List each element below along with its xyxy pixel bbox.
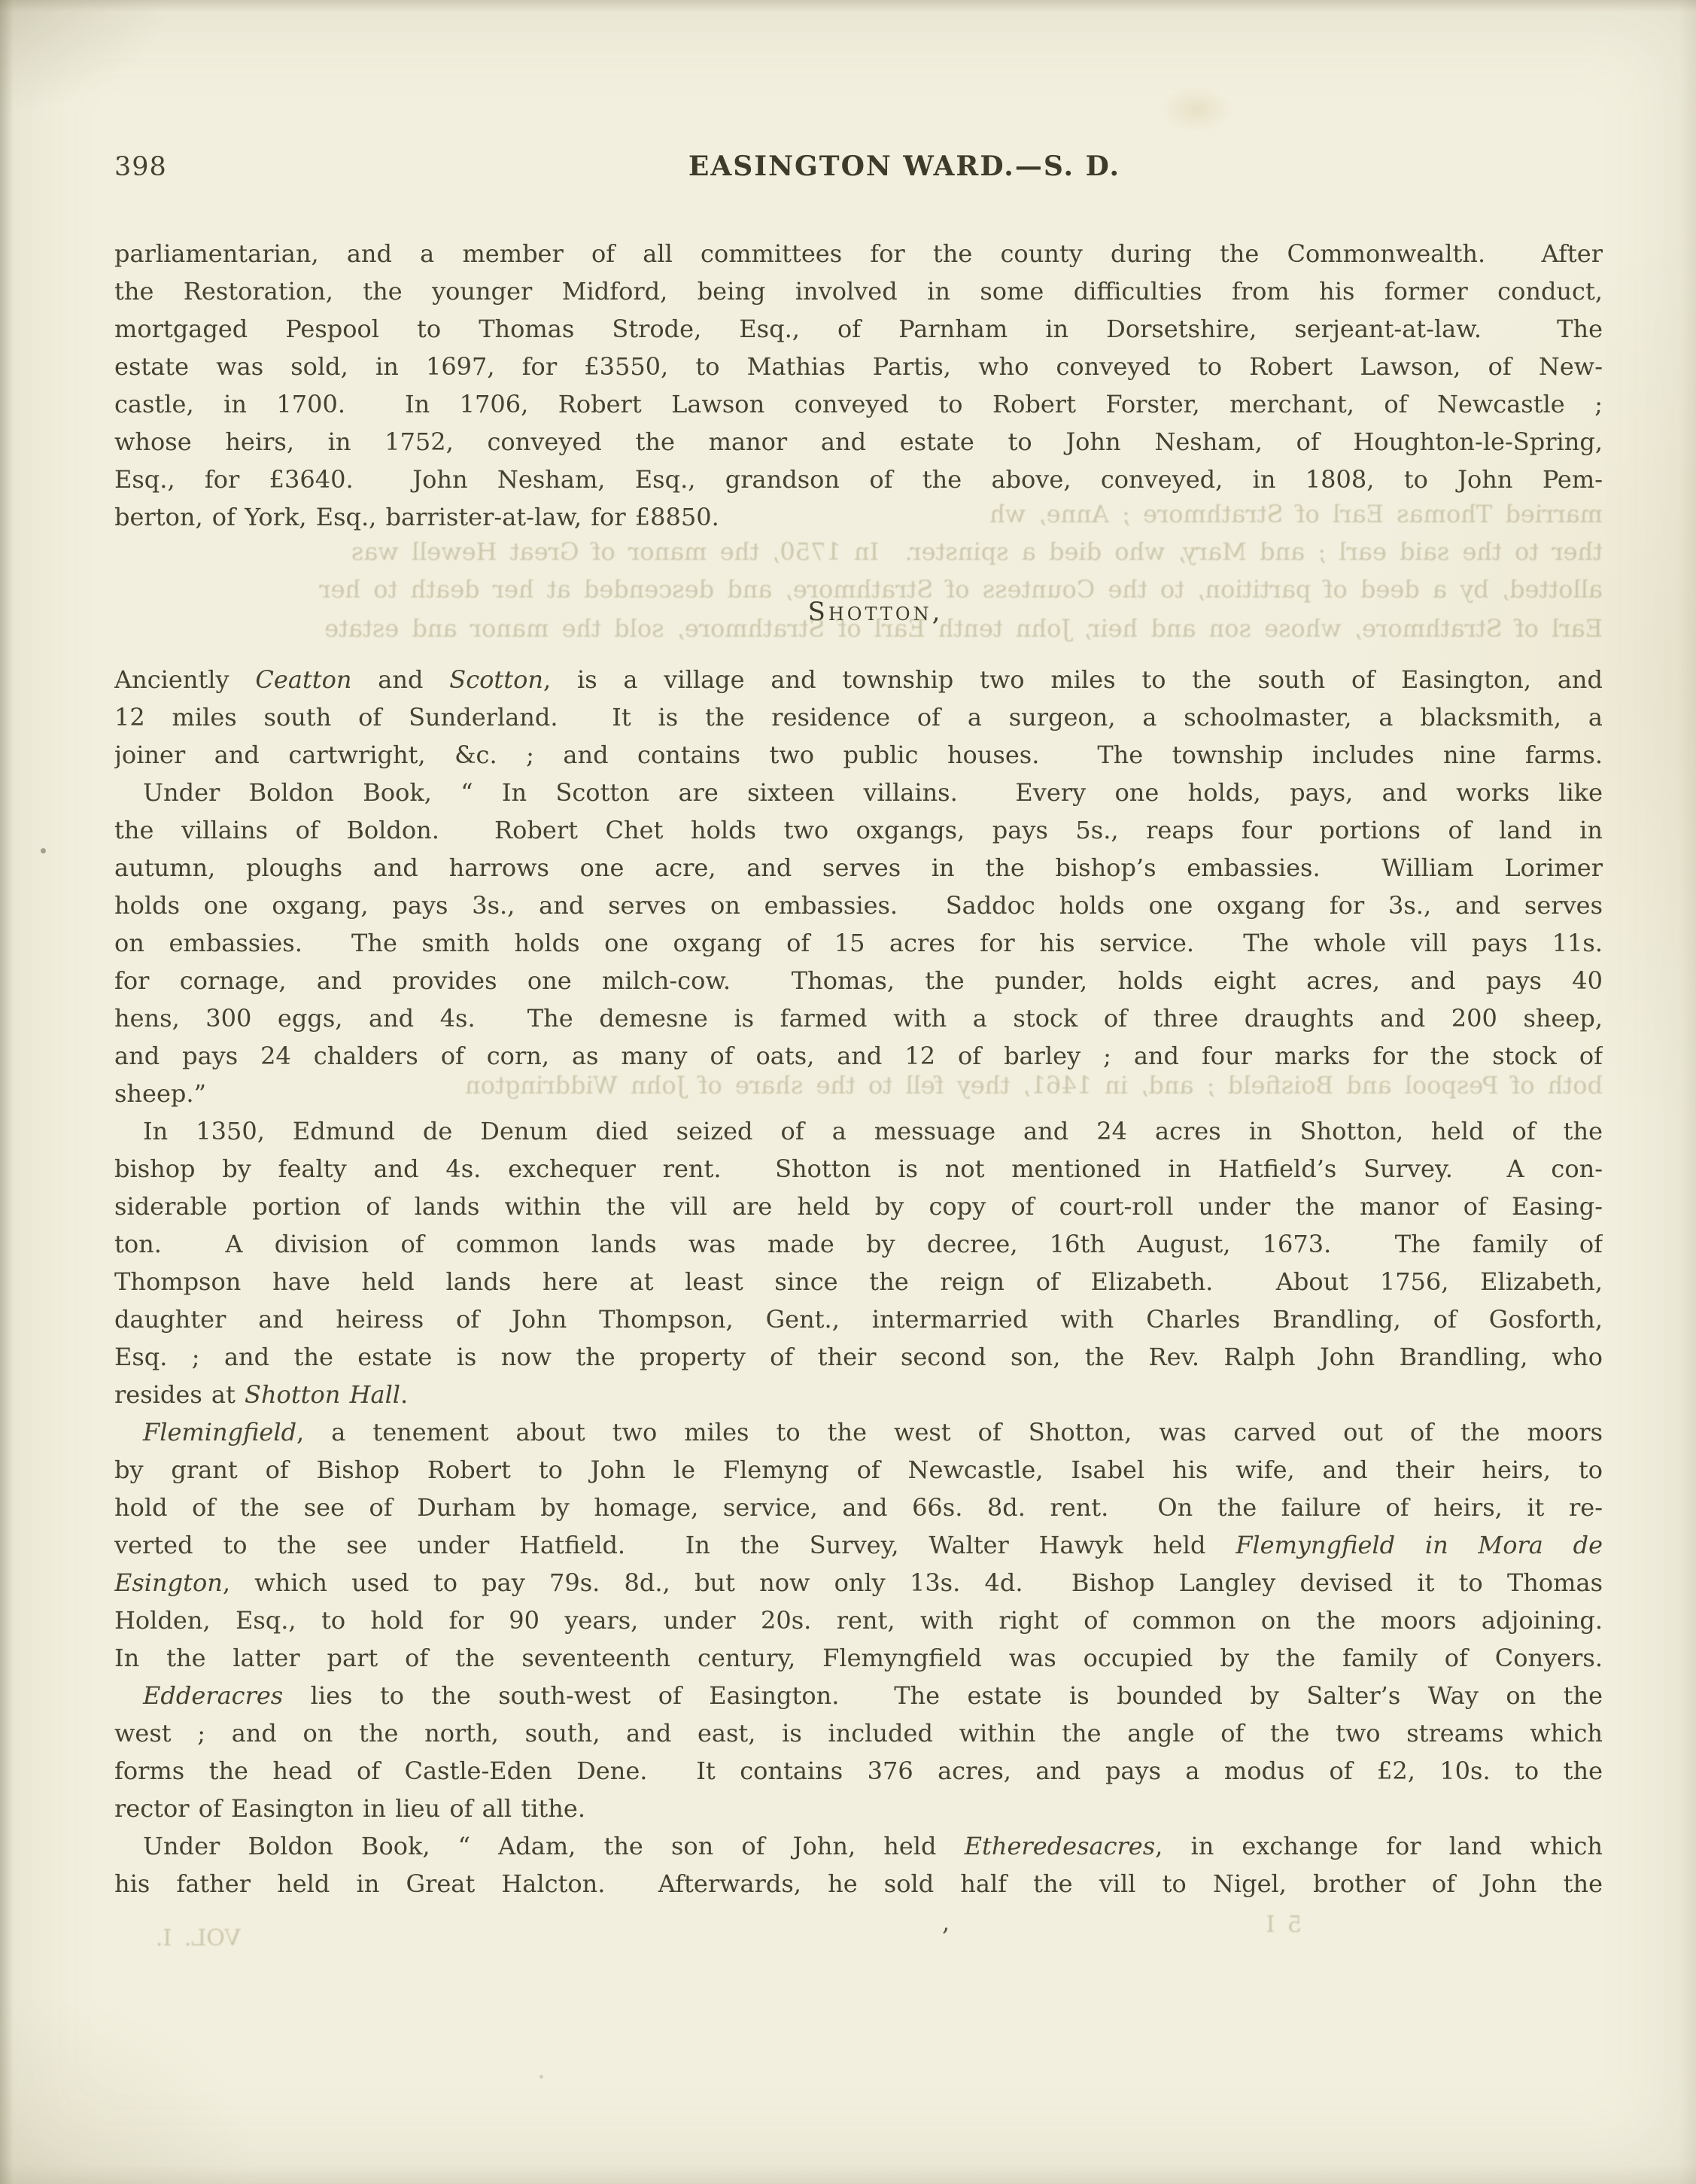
italic-text-run: Esington [114,1568,223,1597]
text-line: for cornage, and provides one milch-cow.… [114,962,1603,999]
paragraph: Edderacres lies to the south-west of Eas… [114,1677,1603,1827]
text-run: , a tenement about two miles to the west… [296,1418,1603,1446]
text-run: 12 miles south of Sunderland. It is the … [114,703,1603,732]
body-text: parliamentarian, and a member of all com… [114,235,1603,1903]
text-line: hold of the see of Durham by homage, ser… [114,1489,1603,1526]
text-run: Esq., for £3640. John Nesham, Esq., gran… [114,465,1603,494]
text-run: sheep.” [114,1079,206,1108]
text-run: Under Boldon Book, “ Adam, the son of Jo… [143,1832,965,1860]
italic-text-run: Shotton Hall [245,1380,400,1409]
text-line: estate was sold, in 1697, for £3550, to … [114,348,1603,385]
text-run: In 1350, Edmund de Denum died seized of … [143,1117,1603,1145]
text-run: resides at [114,1380,245,1409]
text-run: the villains of Boldon. Robert Chet hold… [114,816,1603,844]
text-line: castle, in 1700. In 1706, Robert Lawson … [114,385,1603,423]
text-line: his father held in Great Halcton. Afterw… [114,1865,1603,1903]
text-run: Anciently [114,665,255,694]
paragraph: Flemingfield, a tenement about two miles… [114,1413,1603,1677]
text-run: verted to the see under Hatfield. In the… [114,1531,1236,1559]
text-run: whose heirs, in 1752, conveyed the manor… [114,427,1603,456]
paragraph: Under Boldon Book, “ Adam, the son of Jo… [114,1827,1603,1903]
text-line: bishop by fealty and 4s. exchequer rent.… [114,1150,1603,1188]
text-run: by grant of Bishop Robert to John le Fle… [114,1455,1603,1484]
text-line: holds one oxgang, pays 3s., and serves o… [114,887,1603,924]
paragraph: Under Boldon Book, “ In Scotton are sixt… [114,774,1603,1112]
text-run: lies to the south-west of Easington. The… [283,1681,1603,1710]
text-run: berton, of York, Esq., barrister-at-law,… [114,503,719,531]
text-run: mortgaged Pespool to Thomas Strode, Esq.… [114,315,1603,343]
text-run: estate was sold, in 1697, for £3550, to … [114,352,1603,381]
text-line: siderable portion of lands within the vi… [114,1188,1603,1225]
text-line: daughter and heiress of John Thompson, G… [114,1300,1603,1338]
italic-text-run: Flemyngfield in Mora de [1236,1531,1603,1559]
text-run: , which used to pay 79s. 8d., but now on… [223,1568,1603,1597]
italic-text-run: Edderacres [143,1681,283,1710]
stray-ink-mark: , [942,1910,950,1934]
text-run: rector of Easington in lieu of all tithe… [114,1794,585,1823]
text-run: castle, in 1700. In 1706, Robert Lawson … [114,390,1603,418]
text-line: Esington, which used to pay 79s. 8d., bu… [114,1564,1603,1601]
text-line: Flemingfield, a tenement about two miles… [114,1413,1603,1451]
italic-text-run: Flemingfield [143,1418,296,1446]
italic-text-run: Scotton [449,665,543,694]
text-run: , is a village and township two miles to… [543,665,1603,694]
text-run: hens, 300 eggs, and 4s. The demesne is f… [114,1004,1603,1033]
text-line: the villains of Boldon. Robert Chet hold… [114,811,1603,849]
section-heading: Shotton, [114,593,1603,631]
text-line: verted to the see under Hatfield. In the… [114,1526,1603,1564]
text-line: forms the head of Castle-Eden Dene. It c… [114,1752,1603,1790]
text-run: siderable portion of lands within the vi… [114,1192,1603,1221]
text-line: Anciently Ceatton and Scotton, is a vill… [114,661,1603,698]
text-run: and pays 24 chalders of corn, as many of… [114,1042,1603,1070]
text-line: ton. A division of common lands was made… [114,1225,1603,1263]
text-line: Under Boldon Book, “ In Scotton are sixt… [114,774,1603,811]
text-line: by grant of Bishop Robert to John le Fle… [114,1451,1603,1489]
text-run: hold of the see of Durham by homage, ser… [114,1493,1603,1522]
text-line: the Restoration, the younger Midford, be… [114,272,1603,310]
text-run: for cornage, and provides one milch-cow.… [114,966,1603,995]
text-run: In the latter part of the seventeenth ce… [114,1644,1603,1672]
text-line: berton, of York, Esq., barrister-at-law,… [114,498,1603,536]
text-run: Esq. ; and the estate is now the propert… [114,1343,1603,1371]
text-line: on embassies. The smith holds one oxgang… [114,924,1603,962]
text-run: autumn, ploughs and harrows one acre, an… [114,853,1603,882]
text-line: Edderacres lies to the south-west of Eas… [114,1677,1603,1714]
text-run: . [400,1380,408,1409]
text-line: sheep.” [114,1075,1603,1112]
italic-text-run: Ceatton [255,665,351,694]
text-line: Esq., for £3640. John Nesham, Esq., gran… [114,461,1603,498]
bleed-through-text: VOL. I. [128,1924,241,1954]
text-line: rector of Easington in lieu of all tithe… [114,1790,1603,1827]
text-run: Under Boldon Book, “ In Scotton are sixt… [143,778,1603,807]
text-run: , in exchange for land which [1155,1832,1603,1860]
paragraph: Anciently Ceatton and Scotton, is a vill… [114,661,1603,774]
text-line: west ; and on the north, south, and east… [114,1714,1603,1752]
text-line: Holden, Esq., to hold for 90 years, unde… [114,1601,1603,1639]
italic-text-run: Etheredesacres [965,1832,1156,1860]
paragraph: In 1350, Edmund de Denum died seized of … [114,1112,1603,1413]
text-line: resides at Shotton Hall. [114,1376,1603,1413]
text-run: his father held in Great Halcton. Afterw… [114,1869,1603,1898]
text-line: In 1350, Edmund de Denum died seized of … [114,1112,1603,1150]
text-run: on embassies. The smith holds one oxgang… [114,929,1603,957]
text-line: Under Boldon Book, “ Adam, the son of Jo… [114,1827,1603,1865]
text-line: Thompson have held lands here at least s… [114,1263,1603,1300]
text-line: parliamentarian, and a member of all com… [114,235,1603,272]
text-line: whose heirs, in 1752, conveyed the manor… [114,423,1603,461]
text-run: and [352,665,450,694]
bleed-through-text: 5 I [1219,1910,1302,1940]
text-run: the Restoration, the younger Midford, be… [114,277,1603,306]
paper-speck [41,848,46,853]
text-line: Esq. ; and the estate is now the propert… [114,1338,1603,1376]
text-run: west ; and on the north, south, and east… [114,1719,1603,1748]
paragraph: parliamentarian, and a member of all com… [114,235,1603,536]
text-run: forms the head of Castle-Eden Dene. It c… [114,1757,1603,1785]
text-run: joiner and cartwright, &c. ; and contain… [114,741,1603,769]
text-run: bishop by fealty and 4s. exchequer rent.… [114,1154,1603,1183]
text-line: and pays 24 chalders of corn, as many of… [114,1037,1603,1075]
paper-speck [539,2075,543,2079]
text-run: Thompson have held lands here at least s… [114,1267,1603,1296]
text-line: In the latter part of the seventeenth ce… [114,1639,1603,1677]
text-line: joiner and cartwright, &c. ; and contain… [114,736,1603,774]
book-page: 398 EASINGTON WARD.—S. D. parliamentaria… [0,0,1696,2184]
text-run: holds one oxgang, pays 3s., and serves o… [114,891,1603,920]
text-run: parliamentarian, and a member of all com… [114,239,1603,268]
text-run: Holden, Esq., to hold for 90 years, unde… [114,1606,1603,1635]
text-line: autumn, ploughs and harrows one acre, an… [114,849,1603,887]
running-header: EASINGTON WARD.—S. D. [0,149,1696,184]
text-line: mortgaged Pespool to Thomas Strode, Esq.… [114,310,1603,348]
text-run: ton. A division of common lands was made… [114,1230,1603,1258]
text-run: daughter and heiress of John Thompson, G… [114,1305,1603,1334]
text-line: hens, 300 eggs, and 4s. The demesne is f… [114,999,1603,1037]
text-line: 12 miles south of Sunderland. It is the … [114,698,1603,736]
